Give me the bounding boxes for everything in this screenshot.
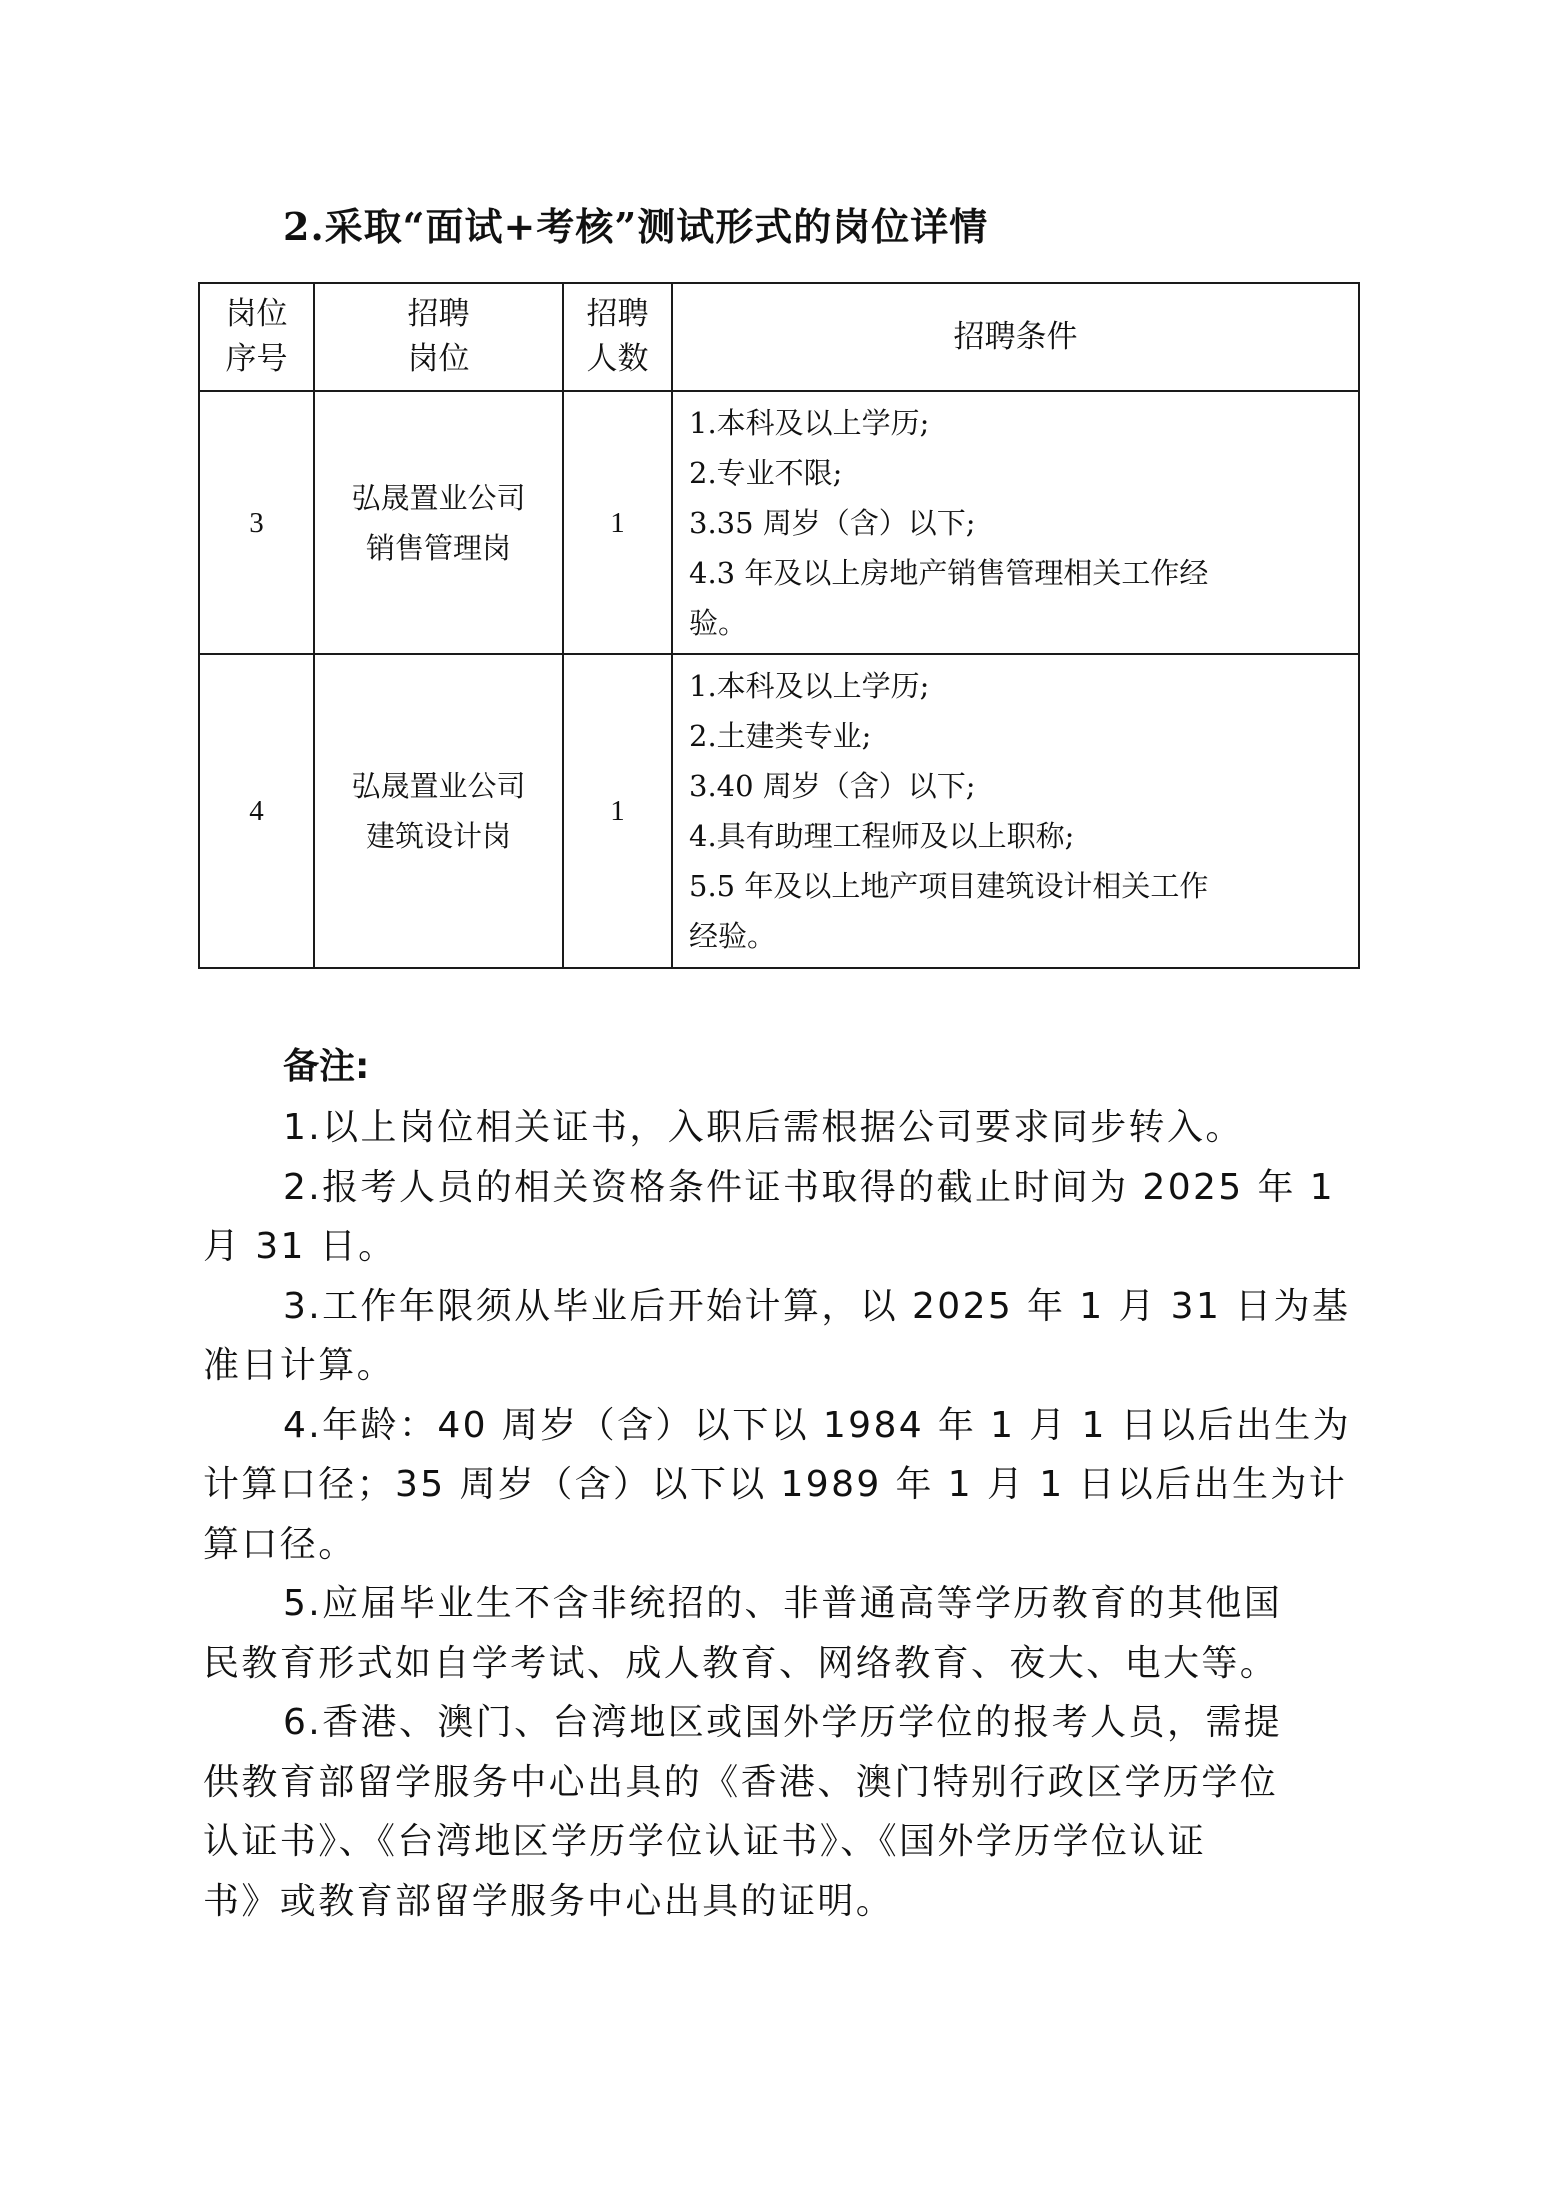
condition-line: 1.本科及以上学历; xyxy=(689,398,1348,448)
cell-count: 1 xyxy=(563,391,672,654)
condition-line: 2.专业不限; xyxy=(689,448,1348,498)
condition-line: 3.40 周岁（含）以下; xyxy=(689,761,1348,811)
header-seq: 岗位 序号 xyxy=(199,283,314,391)
condition-line: 1.本科及以上学历; xyxy=(689,661,1348,711)
note-line: 月 31 日。 xyxy=(203,1217,1348,1277)
header-conditions-label: 招聘条件 xyxy=(673,315,1358,360)
note-line: 3.工作年限须从毕业后开始计算，以 2025 年 1 月 31 日为基 xyxy=(203,1277,1348,1337)
condition-line: 3.35 周岁（含）以下; xyxy=(689,498,1348,548)
note-line: 2.报考人员的相关资格条件证书取得的截止时间为 2025 年 1 xyxy=(203,1158,1348,1218)
position-line: 弘晟置业公司 xyxy=(315,473,562,523)
header-position-line-1: 招聘 xyxy=(315,292,562,337)
notes-section: 备注: 1.以上岗位相关证书，入职后需根据公司要求同步转入。 2.报考人员的相关… xyxy=(203,1036,1348,1931)
note-line: 书》或教育部留学服务中心出具的证明。 xyxy=(203,1872,1348,1932)
note-line: 4.年龄：40 周岁（含）以下以 1984 年 1 月 1 日以后出生为 xyxy=(203,1396,1348,1456)
condition-line: 验。 xyxy=(689,598,1348,648)
cell-seq: 3 xyxy=(199,391,314,654)
cell-position: 弘晟置业公司 销售管理岗 xyxy=(314,391,563,654)
cell-position: 弘晟置业公司 建筑设计岗 xyxy=(314,654,563,968)
position-line: 建筑设计岗 xyxy=(315,811,562,861)
header-seq-line-2: 序号 xyxy=(200,337,313,382)
header-conditions: 招聘条件 xyxy=(672,283,1359,391)
note-line: 计算口径；35 周岁（含）以下以 1989 年 1 月 1 日以后出生为计 xyxy=(203,1455,1348,1515)
header-position-line-2: 岗位 xyxy=(315,337,562,382)
header-count-line-1: 招聘 xyxy=(564,292,671,337)
condition-line: 5.5 年及以上地产项目建筑设计相关工作 xyxy=(689,861,1348,911)
table-row: 4 弘晟置业公司 建筑设计岗 1 1.本科及以上学历; 2.土建类专业; 3.4… xyxy=(199,654,1359,968)
position-line: 弘晟置业公司 xyxy=(315,761,562,811)
table-row: 3 弘晟置业公司 销售管理岗 1 1.本科及以上学历; 2.专业不限; 3.35… xyxy=(199,391,1359,654)
note-line: 准日计算。 xyxy=(203,1336,1348,1396)
cell-conditions: 1.本科及以上学历; 2.土建类专业; 3.40 周岁（含）以下; 4.具有助理… xyxy=(672,654,1359,968)
job-details-table: 岗位 序号 招聘 岗位 招聘 人数 招聘条件 3 弘晟置业公司 销售管理岗 1 xyxy=(198,282,1360,969)
note-line: 6.香港、澳门、台湾地区或国外学历学位的报考人员，需提 xyxy=(203,1693,1348,1753)
header-seq-line-1: 岗位 xyxy=(200,292,313,337)
cell-count: 1 xyxy=(563,654,672,968)
notes-title: 备注: xyxy=(203,1036,1348,1098)
header-count: 招聘 人数 xyxy=(563,283,672,391)
condition-line: 2.土建类专业; xyxy=(689,711,1348,761)
section-title: 2.采取“面试+考核”测试形式的岗位详情 xyxy=(283,203,988,251)
note-line: 认证书》、《台湾地区学历学位认证书》、《国外学历学位认证 xyxy=(203,1812,1348,1872)
condition-line: 经验。 xyxy=(689,911,1348,961)
cell-conditions: 1.本科及以上学历; 2.专业不限; 3.35 周岁（含）以下; 4.3 年及以… xyxy=(672,391,1359,654)
notes-body: 1.以上岗位相关证书，入职后需根据公司要求同步转入。 2.报考人员的相关资格条件… xyxy=(203,1098,1348,1931)
header-count-line-2: 人数 xyxy=(564,337,671,382)
note-line: 1.以上岗位相关证书，入职后需根据公司要求同步转入。 xyxy=(203,1098,1348,1158)
condition-line: 4.3 年及以上房地产销售管理相关工作经 xyxy=(689,548,1348,598)
table-header-row: 岗位 序号 招聘 岗位 招聘 人数 招聘条件 xyxy=(199,283,1359,391)
header-position: 招聘 岗位 xyxy=(314,283,563,391)
condition-line: 4.具有助理工程师及以上职称; xyxy=(689,811,1348,861)
note-line: 民教育形式如自学考试、成人教育、网络教育、夜大、电大等。 xyxy=(203,1634,1348,1694)
position-line: 销售管理岗 xyxy=(315,523,562,573)
note-line: 5.应届毕业生不含非统招的、非普通高等学历教育的其他国 xyxy=(203,1574,1348,1634)
note-line: 算口径。 xyxy=(203,1515,1348,1575)
note-line: 供教育部留学服务中心出具的《香港、澳门特别行政区学历学位 xyxy=(203,1753,1348,1813)
cell-seq: 4 xyxy=(199,654,314,968)
